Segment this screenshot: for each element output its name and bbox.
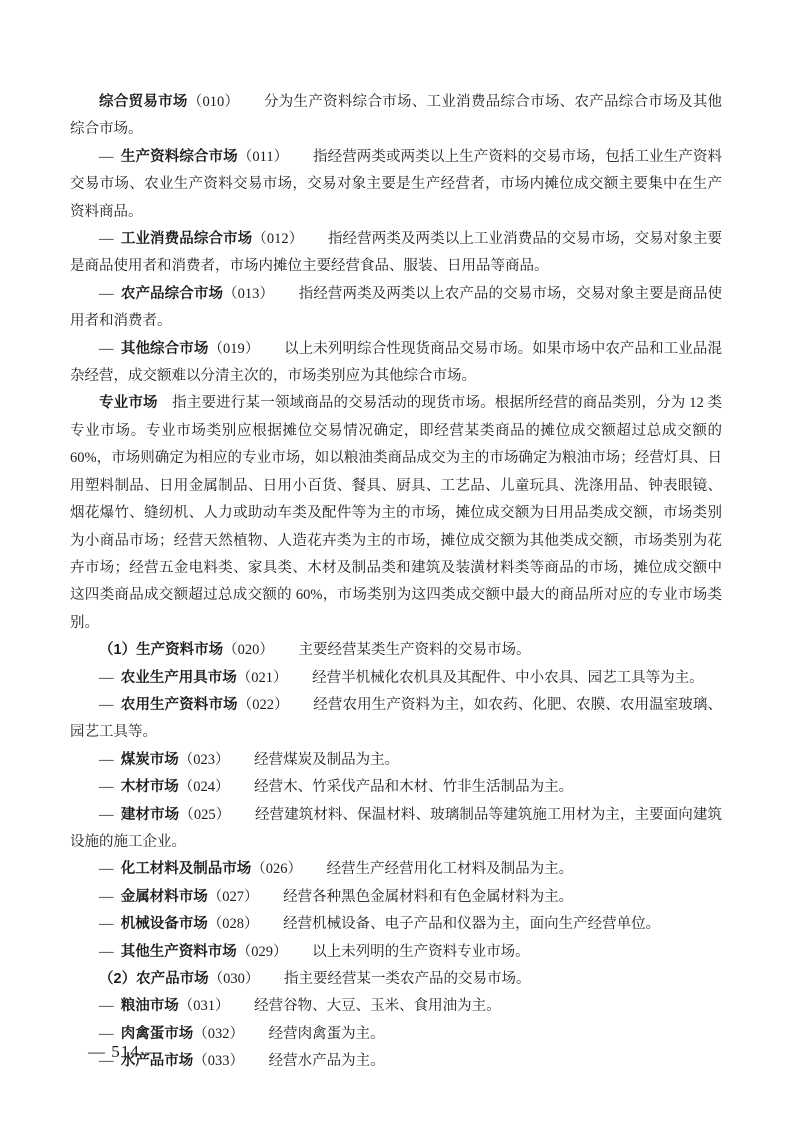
paragraph: —农用生产资料市场（022）经营农用生产资料为主，如农药、化肥、农膜、农用温室玻… bbox=[70, 692, 722, 747]
paragraph: —化工材料及制品市场（026）经营生产经营用化工材料及制品为主。 bbox=[70, 856, 722, 883]
term-name: 其他综合市场 bbox=[121, 341, 209, 357]
item-dash: — bbox=[99, 998, 114, 1014]
paragraph: 专业市场指主要进行某一领域商品的交易活动的现货市场。根据所经营的商品类别，分为 … bbox=[70, 390, 722, 637]
item-dash: — bbox=[99, 889, 114, 905]
definition-text: 经营肉禽蛋为主。 bbox=[269, 1026, 385, 1042]
term-code: （027） bbox=[208, 889, 259, 905]
paragraph: —肉禽蛋市场（032）经营肉禽蛋为主。 bbox=[70, 1021, 722, 1048]
paragraph: —金属材料市场（027）经营各种黑色金属材料和有色金属材料为主。 bbox=[70, 884, 722, 911]
definition-text: 经营半机械化农机具及其配件、中小农具、园艺工具等为主。 bbox=[312, 670, 704, 686]
term-name: 建材市场 bbox=[121, 807, 180, 823]
term-code: （011） bbox=[238, 149, 289, 165]
item-dash: — bbox=[99, 861, 114, 877]
paragraph: —农业生产用具市场（021）经营半机械化农机具及其配件、中小农具、园艺工具等为主… bbox=[70, 665, 722, 692]
term-name: 农用生产资料市场 bbox=[121, 697, 238, 713]
footer: — 514 — bbox=[88, 1040, 163, 1064]
paragraph: —其他综合市场（019）以上未列明综合性现货商品交易市场。如果市场中农产品和工业… bbox=[70, 336, 722, 391]
paragraph: —生产资料综合市场（011）指经营两类或两类以上生产资料的交易市场，包括工业生产… bbox=[70, 144, 722, 226]
term-name: 农产品综合市场 bbox=[121, 286, 223, 302]
term-name: 农产品市场 bbox=[136, 971, 209, 987]
term-code: （031） bbox=[179, 998, 230, 1014]
paragraph: （1）生产资料市场（020）主要经营某类生产资料的交易市场。 bbox=[70, 637, 722, 664]
term-code: （029） bbox=[237, 944, 288, 960]
item-dash: — bbox=[99, 779, 114, 795]
page-number: — 514 — bbox=[88, 1042, 163, 1061]
term-name: 综合贸易市场 bbox=[99, 94, 188, 110]
document-page: 综合贸易市场（010）分为生产资料综合市场、工业消费品综合市场、农产品综合市场及… bbox=[0, 0, 793, 1122]
term-name: 机械设备市场 bbox=[121, 916, 208, 932]
paragraph: —机械设备市场（028）经营机械设备、电子产品和仪器为主，面向生产经营单位。 bbox=[70, 911, 722, 938]
item-dash: — bbox=[99, 944, 114, 960]
term-code: （024） bbox=[179, 779, 230, 795]
term-name: 生产资料综合市场 bbox=[121, 149, 238, 165]
term-name: 生产资料市场 bbox=[136, 642, 223, 658]
item-number: （2） bbox=[99, 971, 136, 987]
item-dash: — bbox=[99, 916, 114, 932]
paragraph: 综合贸易市场（010）分为生产资料综合市场、工业消费品综合市场、农产品综合市场及… bbox=[70, 89, 722, 144]
definition-text: 经营木、竹采伐产品和木材、竹非生活制品为主。 bbox=[254, 779, 573, 795]
term-code: （023） bbox=[179, 752, 230, 768]
paragraph: —木材市场（024）经营木、竹采伐产品和木材、竹非生活制品为主。 bbox=[70, 774, 722, 801]
definition-text: 经营生产经营用化工材料及制品为主。 bbox=[327, 861, 574, 877]
definition-text: 经营谷物、大豆、玉米、食用油为主。 bbox=[254, 998, 501, 1014]
term-code: （032） bbox=[193, 1026, 244, 1042]
term-code: （012） bbox=[252, 231, 303, 247]
paragraph: —农产品综合市场（013）指经营两类及两类以上农产品的交易市场，交易对象主要是商… bbox=[70, 281, 722, 336]
term-code: （022） bbox=[238, 697, 289, 713]
definition-text: 以上未列明的生产资料专业市场。 bbox=[312, 944, 530, 960]
paragraph: —建材市场（025）经营建筑材料、保温材料、玻璃制品等建筑施工用材为主，主要面向… bbox=[70, 802, 722, 857]
term-code: （026） bbox=[251, 861, 302, 877]
item-dash: — bbox=[99, 752, 114, 768]
paragraph: —水产品市场（033）经营水产品为主。 bbox=[70, 1048, 722, 1075]
item-dash: — bbox=[99, 341, 114, 357]
definition-text: 经营机械设备、电子产品和仪器为主，面向生产经营单位。 bbox=[283, 916, 660, 932]
term-name: 其他生产资料市场 bbox=[121, 944, 237, 960]
term-code: （019） bbox=[208, 341, 259, 357]
term-name: 煤炭市场 bbox=[121, 752, 179, 768]
definition-text: 指主要经营某一类农产品的交易市场。 bbox=[284, 971, 531, 987]
definition-text: 经营各种黑色金属材料和有色金属材料为主。 bbox=[283, 889, 573, 905]
paragraph: （2）农产品市场（030）指主要经营某一类农产品的交易市场。 bbox=[70, 966, 722, 993]
item-dash: — bbox=[99, 697, 114, 713]
term-name: 木材市场 bbox=[121, 779, 179, 795]
term-name: 农业生产用具市场 bbox=[121, 670, 237, 686]
item-dash: — bbox=[99, 231, 114, 247]
item-dash: — bbox=[99, 286, 114, 302]
item-dash: — bbox=[99, 149, 114, 165]
definition-text: 经营水产品为主。 bbox=[269, 1053, 385, 1069]
definition-text: 经营煤炭及制品为主。 bbox=[254, 752, 399, 768]
paragraph: —工业消费品综合市场（012）指经营两类及两类以上工业消费品的交易市场，交易对象… bbox=[70, 226, 722, 281]
term-name: 化工材料及制品市场 bbox=[121, 861, 252, 877]
term-code: （021） bbox=[237, 670, 288, 686]
term-code: （010） bbox=[188, 94, 240, 110]
term-code: （013） bbox=[223, 286, 274, 302]
definition-text: 主要经营某类生产资料的交易市场。 bbox=[298, 642, 530, 658]
item-dash: — bbox=[99, 807, 114, 823]
paragraph: —粮油市场（031）经营谷物、大豆、玉米、食用油为主。 bbox=[70, 993, 722, 1020]
term-name: 工业消费品综合市场 bbox=[121, 231, 253, 247]
item-number: （1） bbox=[99, 642, 136, 658]
term-code: （020） bbox=[223, 642, 274, 658]
term-code: （030） bbox=[209, 971, 260, 987]
paragraph: —煤炭市场（023）经营煤炭及制品为主。 bbox=[70, 747, 722, 774]
term-name: 专业市场 bbox=[99, 395, 158, 411]
paragraph: —其他生产资料市场（029）以上未列明的生产资料专业市场。 bbox=[70, 939, 722, 966]
term-name: 粮油市场 bbox=[121, 998, 179, 1014]
document-body: 综合贸易市场（010）分为生产资料综合市场、工业消费品综合市场、农产品综合市场及… bbox=[70, 89, 722, 1076]
term-name: 金属材料市场 bbox=[121, 889, 208, 905]
term-code: （028） bbox=[208, 916, 259, 932]
term-code: （025） bbox=[179, 807, 230, 823]
item-dash: — bbox=[99, 670, 114, 686]
term-code: （033） bbox=[193, 1053, 244, 1069]
definition-text: 指主要进行某一领域商品的交易活动的现货市场。根据所经营的商品类别，分为 12 类… bbox=[70, 395, 722, 630]
